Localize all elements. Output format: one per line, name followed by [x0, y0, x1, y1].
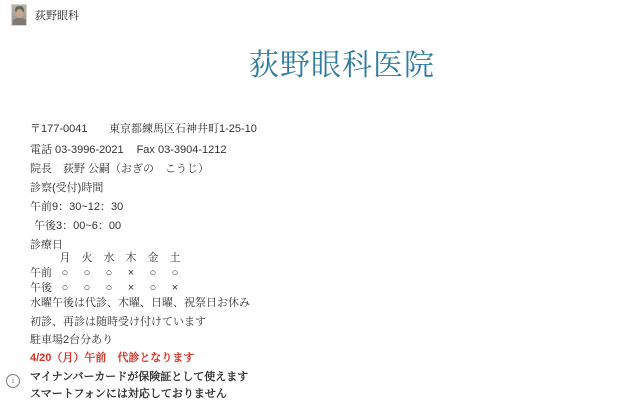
schedule-heading: 診療日 [30, 239, 63, 252]
pm-thu-mark: × [120, 282, 142, 295]
telephone: 電話 03-3996-2021 [30, 144, 124, 156]
fax-number: Fax 03-3904-1212 [137, 144, 227, 156]
am-thu-mark: × [120, 267, 142, 280]
parking-note: 駐車場2台分あり [30, 334, 113, 347]
street-address: 東京都練馬区石神井町1-25-10 [109, 123, 257, 135]
tab-title: 荻野眼科 [35, 7, 79, 23]
pm-tue-mark: ○ [76, 282, 98, 295]
pm-fri-mark: ○ [142, 282, 164, 295]
day-sat: 土 [164, 252, 186, 265]
pm-mon-mark: ○ [54, 282, 76, 295]
director-line: 院長 荻野 公嗣（おぎの こうじ） [30, 163, 209, 176]
day-thu: 木 [120, 252, 142, 265]
phone-line: 電話 03-3996-2021Fax 03-3904-1212 [30, 144, 226, 157]
pm-sat-mark: × [164, 282, 186, 295]
postal-code: 〒177-0041 [30, 123, 109, 136]
window-titlebar: 荻野眼科 [11, 4, 79, 26]
am-sat-mark: ○ [164, 267, 186, 280]
page-title: 荻野眼科医院 [0, 40, 640, 84]
day-fri: 金 [142, 252, 164, 265]
am-wed-mark: ○ [98, 267, 120, 280]
day-wed: 水 [98, 252, 120, 265]
hours-am: 午前9：30~12：30 [30, 201, 123, 214]
pm-wed-mark: ○ [98, 282, 120, 295]
doctor-photo-thumbnail [11, 4, 27, 26]
hours-pm: 午後3：00~6：00 [34, 220, 121, 233]
mynumber-card-note: マイナンバーカードが保険証として使えます [30, 371, 248, 384]
am-fri-mark: ○ [142, 267, 164, 280]
appointment-note: 初診、再診は随時受け付けています [30, 316, 206, 329]
schedule-row-am: 午前 ○ ○ ○ × ○ ○ [30, 267, 186, 280]
schedule-row-pm: 午後 ○ ○ ○ × ○ × [30, 282, 186, 295]
info-button[interactable]: i [6, 372, 23, 389]
am-tue-mark: ○ [76, 267, 98, 280]
schedule-row-label: 午後 [30, 282, 54, 295]
info-icon: i [6, 374, 20, 388]
day-mon: 月 [54, 252, 76, 265]
substitute-doctor-alert: 4/20（月）午前 代診となります [30, 352, 194, 365]
hours-heading: 診察(受付)時間 [30, 182, 103, 195]
closed-days-note: 水曜午後は代診、木曜、日曜、祝祭日お休み [30, 297, 250, 310]
day-tue: 火 [76, 252, 98, 265]
smartphone-note: スマートフォンには対応しておりません [30, 388, 227, 400]
schedule-row-label: 午前 [30, 267, 54, 280]
schedule-days-header: 月 火 水 木 金 土 [30, 252, 186, 265]
address-line: 〒177-0041東京都練馬区石神井町1-25-10 [30, 123, 257, 136]
am-mon-mark: ○ [54, 267, 76, 280]
